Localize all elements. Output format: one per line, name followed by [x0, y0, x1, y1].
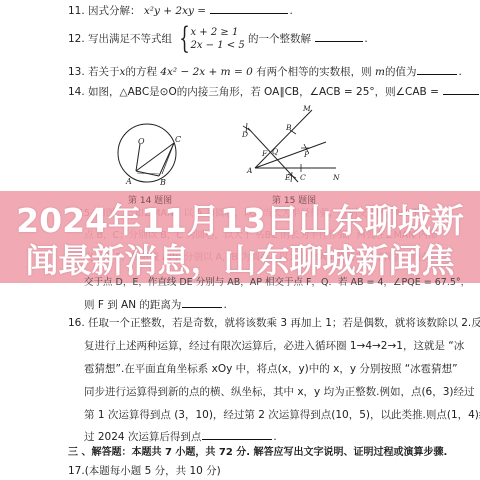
question-text: 如图，△ABC是⊙O的内接三角形，若 OA∥CB，∠ACB = 25°，则∠CA…: [88, 86, 439, 98]
period: .: [458, 66, 461, 78]
question-16-line-2: 复进行上述两种运算，经过有限次运算后，必进入循环圈 1→4→2→1，这就是 “冰: [84, 339, 464, 353]
answer-blank: [202, 428, 272, 440]
question-16-line-6: 过 2024 次运算后得到点.: [84, 428, 277, 444]
svg-text:D: D: [241, 130, 248, 139]
period: .: [364, 33, 367, 45]
question-11: 11. 因式分解： x²y + 2xy = .: [68, 2, 293, 18]
svg-text:E: E: [284, 173, 291, 182]
question-text: 同步进行运算得到新的点的横、纵坐标，其中 x，y 均为正整数.例如，点(6，3)…: [84, 386, 475, 398]
answer-blank: [443, 83, 479, 95]
svg-text:Q: Q: [272, 147, 278, 156]
svg-text:A: A: [246, 166, 253, 175]
period: .: [273, 431, 276, 443]
question-text: 交于点 D，E，作直线 DE 分别与 AB，AP 相交于点 F，Q．若 AB =…: [84, 277, 470, 288]
question-14: 14. 如图，△ABC是⊙O的内接三角形，若 OA∥CB，∠ACB = 25°，…: [68, 83, 480, 99]
question-16-line-5: 第 1 次运算得到点 (3，10)，经过第 2 次运算得到点(10，5)，以此类…: [84, 408, 480, 422]
answer-blank: [315, 30, 363, 42]
svg-text:C: C: [175, 135, 181, 144]
svg-text:N: N: [332, 173, 340, 182]
question-expression: 4x² − 2x + m = 0: [160, 66, 252, 78]
svg-text:B: B: [159, 178, 166, 187]
question-text: 雹猜想”.在平面直角坐标系 xOy 中，将点(x，y)中的 x，y 分别按照 “…: [84, 363, 458, 375]
question-number: 13.: [68, 66, 85, 78]
question-text: 的一个整数解: [248, 33, 311, 45]
answer-blank: [417, 63, 457, 75]
question-expression: x²y + 2xy =: [144, 5, 206, 17]
headline-line-2: 闻最新消息，山东聊城新闻焦: [0, 241, 480, 281]
question-text: 写出满足不等式组: [88, 33, 172, 45]
svg-text:F: F: [261, 149, 268, 158]
variable: m: [375, 66, 385, 78]
question-text: 的方程: [125, 66, 157, 78]
question-text: 因式分解：: [88, 5, 141, 17]
question-15-line-5: 则 F 到 AN 的距离为.: [84, 296, 227, 312]
figure-14-circle-diagram: O C A B: [112, 118, 182, 188]
news-headline-banner: 第 14 题图 第 15 题图 2024年11月13日山东聊城新 闻最新消息，山…: [0, 191, 480, 283]
question-12: 12. 写出满足不等式组 { x + 2 ≥ 1 2x − 1 < 5 的一个整…: [68, 24, 368, 54]
inequality-row: x + 2 ≥ 1: [190, 26, 244, 39]
question-16-line-1: 16. 任取一个正整数，若是奇数，就将该数乘 3 再加上 1；若是偶数，就将该数…: [68, 316, 480, 330]
svg-text:C: C: [300, 173, 306, 182]
section-3-heading: 三 、解答题：本题共 7 小题，共 72 分. 解答应写出文字说明、证明过程或演…: [68, 446, 447, 460]
period: .: [289, 5, 292, 17]
period: .: [223, 299, 226, 311]
svg-text:O: O: [138, 137, 145, 146]
question-15-line-4: 交于点 D，E，作直线 DE 分别与 AB，AP 相交于点 F，Q．若 AB =…: [84, 276, 470, 290]
question-text: 则 F 到 AN 的距离为: [84, 299, 181, 311]
question-text: 16. 任取一个正整数，若是奇数，就将该数乘 3 再加上 1；若是偶数，就将该数…: [68, 317, 480, 329]
question-text: 有两个相等的实数根，则: [256, 66, 372, 78]
answer-blank: [210, 2, 288, 14]
question-16-line-4: 同步进行运算得到新的点的横、纵坐标，其中 x，y 均为正整数.例如，点(6，3)…: [84, 385, 475, 399]
svg-text:M: M: [302, 104, 311, 113]
question-number: 11.: [68, 5, 85, 17]
svg-text:P: P: [303, 150, 310, 159]
inequality-system: { x + 2 ≥ 1 2x − 1 < 5: [175, 24, 244, 54]
exam-page: 11. 因式分解： x²y + 2xy = . 12. 写出满足不等式组 { x…: [0, 0, 480, 480]
question-text: 若关于: [88, 66, 120, 78]
answer-blank: [182, 296, 222, 308]
headline-line-1: 2024年11月13日山东聊城新: [0, 201, 480, 241]
question-16-line-3: 雹猜想”.在平面直角坐标系 xOy 中，将点(x，y)中的 x，y 分别按照 “…: [84, 362, 458, 376]
question-13: 13. 若关于x的方程 4x² − 2x + m = 0 有两个相等的实数根，则…: [68, 63, 462, 79]
section-title: 三 、解答题：本题共 7 小题，共 72 分. 解答应写出文字说明、证明过程或演…: [68, 447, 447, 458]
figure-15-angle-construction: M D B F Q P A E C N: [238, 104, 348, 186]
question-17-heading: 17.(本题每小题 5 分，共 10 分): [68, 464, 221, 478]
question-text: 过 2024 次运算后得到点: [84, 431, 201, 443]
svg-text:A: A: [125, 177, 132, 186]
question-text: 复进行上述两种运算，经过有限次运算后，必进入循环圈 1→4→2→1，这就是 “冰: [84, 340, 464, 352]
svg-text:B: B: [285, 123, 292, 132]
question-text: 17.(本题每小题 5 分，共 10 分): [68, 465, 221, 477]
left-brace: {: [180, 24, 191, 54]
question-text: 的值为: [385, 66, 417, 78]
inequality-row: 2x − 1 < 5: [190, 39, 244, 52]
question-number: 12.: [68, 33, 85, 45]
question-number: 14.: [68, 86, 85, 98]
question-text: 第 1 次运算得到点 (3，10)，经过第 2 次运算得到点(10，5)，以此类…: [84, 409, 480, 421]
